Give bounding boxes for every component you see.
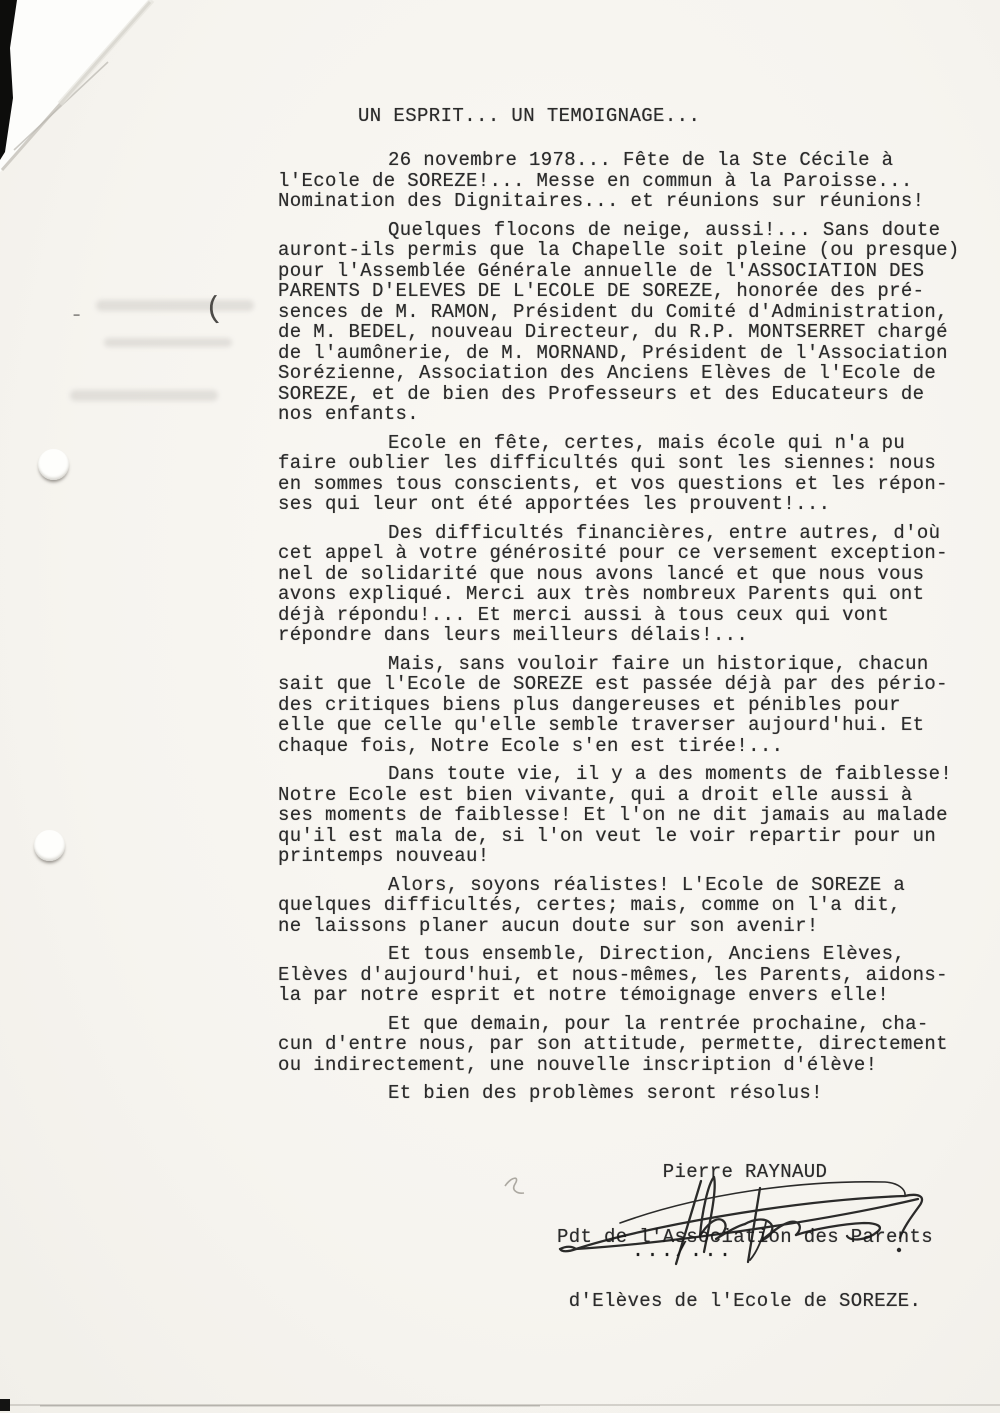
paragraph-date-intro: 26 novembre 1978... Fête de la Ste Cécil… — [278, 150, 978, 212]
paragraph-ecole-en-fete: Ecole en fête, certes, mais école qui n'… — [278, 433, 978, 515]
stray-paren-mark: ( — [204, 292, 224, 327]
stray-dash-mark: - — [70, 303, 83, 328]
punch-hole — [34, 830, 65, 861]
signatory-role-line2: d'Elèves de l'Ecole de SOREZE. — [465, 1291, 1000, 1313]
paragraph-soyons-realistes: Alors, soyons réalistes! L'Ecole de SORE… — [278, 875, 978, 937]
scanned-letter-page: ( - UN ESPRIT... UN TEMOIGNAGE... 26 nov… — [0, 0, 1000, 1413]
signature-block: Pierre RAYNAUD Pdt de l'Association des … — [465, 1119, 1000, 1356]
folded-corner — [0, 0, 152, 172]
page-bottom-edge — [0, 1399, 1000, 1411]
paragraph-tous-ensemble: Et tous ensemble, Direction, Anciens Elè… — [278, 944, 978, 1006]
punch-hole — [38, 449, 69, 480]
scanner-edge-strip — [0, 0, 17, 160]
paragraph-assembly: Quelques flocons de neige, aussi!... San… — [278, 220, 978, 425]
paragraph-conclusion: Et bien des problèmes seront résolus! — [278, 1083, 978, 1104]
paragraph-rentree-prochaine: Et que demain, pour la rentrée prochaine… — [278, 1014, 978, 1076]
continuation-mark: .../... — [632, 1240, 734, 1263]
paragraph-moments-de-faiblesse: Dans toute vie, il y a des moments de fa… — [278, 764, 978, 867]
paragraph-historique: Mais, sans vouloir faire un historique, … — [278, 654, 978, 757]
paragraph-difficultes-financieres: Des difficultés financières, entre autre… — [278, 523, 978, 646]
signatory-name: Pierre RAYNAUD — [465, 1162, 1000, 1184]
bleed-through-smudge — [70, 390, 218, 401]
bleed-through-smudge — [96, 300, 254, 311]
document-title: UN ESPRIT... UN TEMOIGNAGE... — [358, 106, 978, 127]
letter-body: UN ESPRIT... UN TEMOIGNAGE... 26 novembr… — [278, 106, 978, 1112]
bleed-through-smudge — [104, 338, 232, 347]
